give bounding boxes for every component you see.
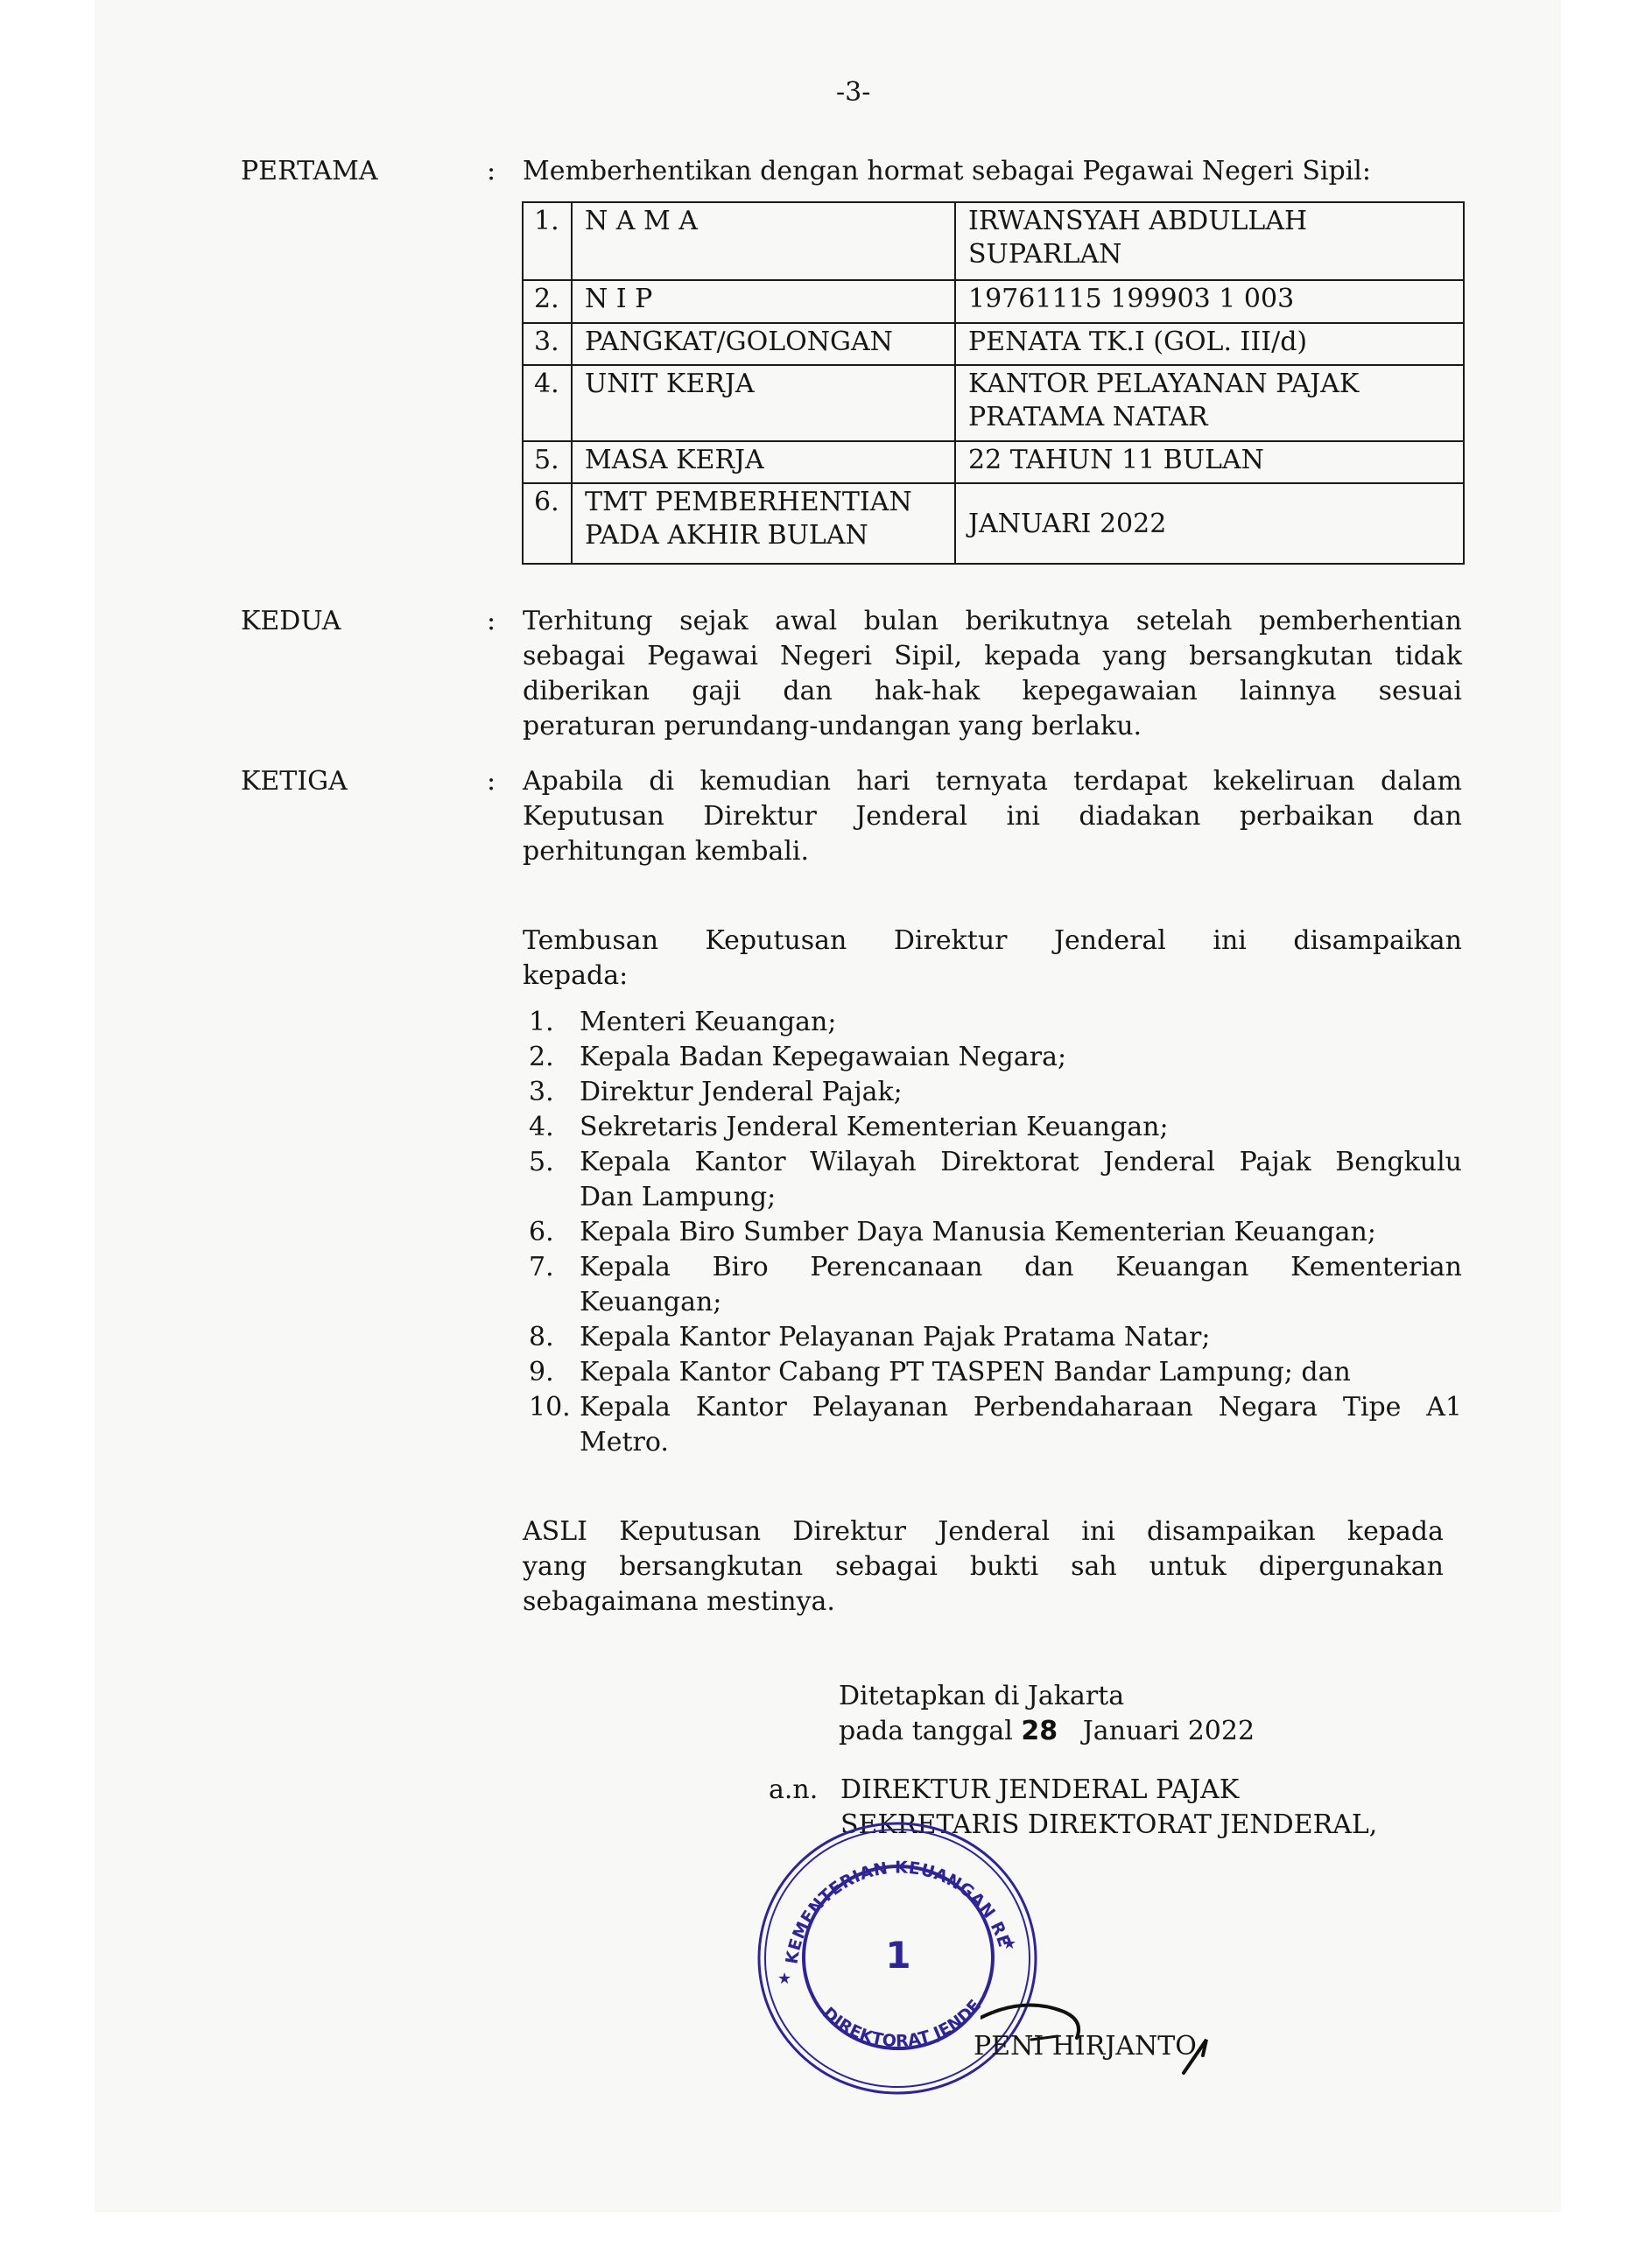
table-row: 3.PANGKAT/GOLONGANPENATA TK.I (GOL. III/… xyxy=(523,323,1464,365)
list-item-text: Kepala Kantor Cabang PT TASPEN Bandar La… xyxy=(580,1355,1462,1390)
text-line: Keputusan Direktur Jenderal ini diadakan… xyxy=(523,799,1462,834)
text-line: Terhitung sejak awal bulan berikutnya se… xyxy=(523,604,1462,639)
list-item: 10.Kepala Kantor Pelayanan Perbendaharaa… xyxy=(524,1390,1462,1460)
row-number: 4. xyxy=(523,365,572,441)
page-number: -3- xyxy=(836,77,870,108)
list-item-text: Kepala Badan Kepegawaian Negara; xyxy=(580,1040,1462,1075)
svg-text:DIREKTORAT JENDERAL PAJAK: DIREKTORAT JENDERAL PAJAK xyxy=(753,1817,985,2051)
date-day-handwritten: 28 xyxy=(1021,1716,1058,1746)
an-prefix: a.n. xyxy=(769,1773,818,1808)
section-label-pertama: PERTAMA xyxy=(241,154,378,189)
row-number: 1. xyxy=(523,202,572,280)
svg-text:★: ★ xyxy=(1002,1935,1016,1953)
list-item-text: Kepala Biro Perencanaan dan Keuangan Kem… xyxy=(580,1250,1462,1320)
list-item-text: Kepala Biro Sumber Daya Manusia Kementer… xyxy=(580,1215,1462,1250)
text-line: sebagai Pegawai Negeri Sipil, kepada yan… xyxy=(523,639,1462,674)
svg-text:KEMENTERIAN KEUANGAN REPUBLIK: KEMENTERIAN KEUANGAN REPUBLIK INDONESIA xyxy=(753,1817,1014,1965)
employee-table: 1.N A M AIRWANSYAH ABDULLAHSUPARLAN2.N I… xyxy=(522,201,1465,565)
date-line: pada tanggal 28 Januari 2022 xyxy=(839,1714,1255,1749)
field-value: PENATA TK.I (GOL. III/d) xyxy=(955,323,1464,365)
list-item: 9.Kepala Kantor Cabang PT TASPEN Bandar … xyxy=(524,1355,1462,1390)
list-item-text: Menteri Keuangan; xyxy=(580,1005,1462,1040)
table-row: 4.UNIT KERJAKANTOR PELAYANAN PAJAKPRATAM… xyxy=(523,365,1464,441)
list-item: 3.Direktur Jenderal Pajak; xyxy=(524,1075,1462,1110)
row-number: 3. xyxy=(523,323,572,365)
field-label: N I P xyxy=(572,280,955,323)
section-text-ketiga: Apabila di kemudian hari ternyata terdap… xyxy=(523,764,1462,869)
field-label: TMT PEMBERHENTIANPADA AKHIR BULAN xyxy=(572,483,955,564)
svg-text:1: 1 xyxy=(885,1934,910,1977)
list-item-number: 7. xyxy=(524,1250,580,1320)
list-item-text: Sekretaris Jenderal Kementerian Keuangan… xyxy=(580,1110,1462,1145)
tembusan-list: 1.Menteri Keuangan;2.Kepala Badan Kepega… xyxy=(524,1005,1462,1460)
text-line: Tembusan Keputusan Direktur Jenderal ini… xyxy=(523,924,1462,959)
field-label: MASA KERJA xyxy=(572,441,955,483)
row-number: 5. xyxy=(523,441,572,483)
text-line: kepada: xyxy=(523,959,1462,994)
list-item: 1.Menteri Keuangan; xyxy=(524,1005,1462,1040)
text-line: diberikan gaji dan hak-hak kepegawaian l… xyxy=(523,674,1462,709)
field-label: N A M A xyxy=(572,202,955,280)
text-line: sebagaimana mestinya. xyxy=(523,1584,1444,1619)
section-colon: : xyxy=(487,764,496,799)
list-item-number: 10. xyxy=(524,1390,580,1460)
text-line: Apabila di kemudian hari ternyata terdap… xyxy=(523,764,1462,799)
list-item-number: 5. xyxy=(524,1145,580,1215)
field-value: KANTOR PELAYANAN PAJAKPRATAMA NATAR xyxy=(955,365,1464,441)
list-item-text: Kepala Kantor Wilayah Direktorat Jendera… xyxy=(580,1145,1462,1215)
list-item-text: Kepala Kantor Pelayanan Pajak Pratama Na… xyxy=(580,1320,1462,1355)
list-item: 7.Kepala Biro Perencanaan dan Keuangan K… xyxy=(524,1250,1462,1320)
list-item-number: 8. xyxy=(524,1320,580,1355)
svg-text:★: ★ xyxy=(777,1970,791,1988)
field-value: 19761115 199903 1 003 xyxy=(955,280,1464,323)
row-number: 2. xyxy=(523,280,572,323)
table-row: 6.TMT PEMBERHENTIANPADA AKHIR BULANJANUA… xyxy=(523,483,1464,564)
field-value: 22 TAHUN 11 BULAN xyxy=(955,441,1464,483)
section-colon: : xyxy=(487,604,496,639)
list-item-number: 4. xyxy=(524,1110,580,1145)
section-label-ketiga: KETIGA xyxy=(241,764,348,799)
text-line: ASLI Keputusan Direktur Jenderal ini dis… xyxy=(523,1514,1444,1549)
field-value: JANUARI 2022 xyxy=(955,483,1464,564)
signatory-name: PENI HIRJANTO xyxy=(974,2029,1197,2064)
place-line: Ditetapkan di Jakarta xyxy=(839,1679,1124,1714)
list-item-number: 3. xyxy=(524,1075,580,1110)
list-item-number: 2. xyxy=(524,1040,580,1075)
section-text-pertama: Memberhentikan dengan hormat sebagai Peg… xyxy=(523,154,1468,189)
text-line: peraturan perundang-undangan yang berlak… xyxy=(523,709,1462,744)
field-label: UNIT KERJA xyxy=(572,365,955,441)
tembusan-intro: Tembusan Keputusan Direktur Jenderal ini… xyxy=(523,924,1462,994)
table-row: 5.MASA KERJA22 TAHUN 11 BULAN xyxy=(523,441,1464,483)
table-row: 2.N I P19761115 199903 1 003 xyxy=(523,280,1464,323)
list-item: 8.Kepala Kantor Pelayanan Pajak Pratama … xyxy=(524,1320,1462,1355)
text-line: yang bersangkutan sebagai bukti sah untu… xyxy=(523,1549,1444,1584)
list-item: 4.Sekretaris Jenderal Kementerian Keuang… xyxy=(524,1110,1462,1145)
row-number: 6. xyxy=(523,483,572,564)
field-value: IRWANSYAH ABDULLAHSUPARLAN xyxy=(955,202,1464,280)
list-item-number: 9. xyxy=(524,1355,580,1390)
text-line: perhitungan kembali. xyxy=(523,834,1462,869)
list-item-text: Kepala Kantor Pelayanan Perbendaharaan N… xyxy=(580,1390,1462,1460)
list-item-number: 1. xyxy=(524,1005,580,1040)
date-rest: Januari 2022 xyxy=(1083,1716,1255,1746)
section-colon: : xyxy=(487,154,496,189)
field-label: PANGKAT/GOLONGAN xyxy=(572,323,955,365)
list-item: 5.Kepala Kantor Wilayah Direktorat Jende… xyxy=(524,1145,1462,1215)
section-label-kedua: KEDUA xyxy=(241,604,341,639)
list-item: 6.Kepala Biro Sumber Daya Manusia Kement… xyxy=(524,1215,1462,1250)
list-item: 2.Kepala Badan Kepegawaian Negara; xyxy=(524,1040,1462,1075)
signatory-title-1: DIREKTUR JENDERAL PAJAK xyxy=(840,1773,1239,1808)
date-prefix: pada tanggal xyxy=(839,1716,1013,1746)
section-text-kedua: Terhitung sejak awal bulan berikutnya se… xyxy=(523,604,1462,744)
list-item-text: Direktur Jenderal Pajak; xyxy=(580,1075,1462,1110)
table-row: 1.N A M AIRWANSYAH ABDULLAHSUPARLAN xyxy=(523,202,1464,280)
asli-paragraph: ASLI Keputusan Direktur Jenderal ini dis… xyxy=(523,1514,1444,1619)
list-item-number: 6. xyxy=(524,1215,580,1250)
